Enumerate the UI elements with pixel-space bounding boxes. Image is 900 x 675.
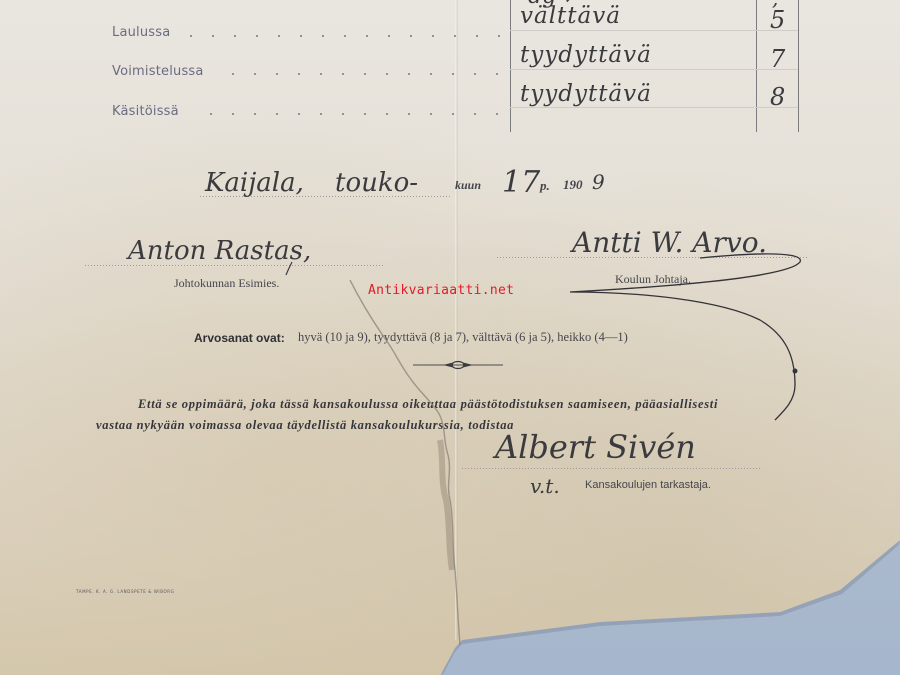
subject-label: Laulussa xyxy=(112,25,170,40)
month-handwritten: touko- xyxy=(335,168,418,198)
subject-label: Voimistelussa xyxy=(112,64,204,79)
grade-scale-text: hyvä (10 ja 9), tyydyttävä (8 ja 7), väl… xyxy=(298,330,628,345)
subject-label: Käsitöissä xyxy=(112,104,179,119)
leader-dots xyxy=(180,35,500,37)
table-row-rule xyxy=(510,30,798,31)
grade-number: 5 xyxy=(770,6,785,34)
chairman-signature: Anton Rastas, xyxy=(128,236,311,266)
year-handwritten: 9 xyxy=(592,170,605,194)
place-handwritten: Kaijala, xyxy=(205,168,304,198)
table-column-divider xyxy=(510,0,511,132)
headmaster-title: Koulun Johtaja. xyxy=(615,272,691,287)
table-row-rule xyxy=(510,107,798,108)
leader-dots xyxy=(200,113,500,115)
inspector-signature: Albert Sivén xyxy=(495,428,696,466)
p-label: p. xyxy=(540,178,550,194)
headmaster-signature: Antti W. Arvo. xyxy=(572,226,767,259)
ornament-divider-icon xyxy=(413,359,503,371)
grade-word: välttävä xyxy=(520,3,621,29)
kuun-label: kuun xyxy=(455,178,481,193)
grade-word: tyydyttävä xyxy=(520,81,652,107)
grade-scale-label: Arvosanat ovat: xyxy=(194,331,285,345)
statement-line-1: Että se oppimäärä, joka tässä kansakoulu… xyxy=(138,397,718,412)
chairman-title: Johtokunnan Esimies. xyxy=(174,276,279,291)
grade-number: 7 xyxy=(770,45,785,73)
table-column-divider xyxy=(756,0,757,132)
grade-word: tyydyttävä xyxy=(520,42,652,68)
watermark: Antikvariaatti.net xyxy=(368,283,514,298)
grade-number: 8 xyxy=(770,83,785,111)
inspector-title: Kansakoulujen tarkastaja. xyxy=(585,479,711,491)
table-row-rule xyxy=(510,69,798,70)
year-printed: 190 xyxy=(563,177,583,193)
signature-line xyxy=(85,265,385,266)
table-column-divider xyxy=(798,0,799,132)
statement-line-2: vastaa nykyään voimassa olevaa täydellis… xyxy=(96,418,514,433)
leader-dots xyxy=(222,73,502,75)
printer-mark: TAMPE. K. A. G. LANDSPETE & WIBORG xyxy=(76,589,174,594)
inspector-prefix: v.t. xyxy=(530,474,560,498)
grade-table: dg ↗ , Laulussa välttävä 5 Voimistelussa… xyxy=(0,0,900,140)
day-handwritten: 17 xyxy=(502,165,540,200)
signature-line xyxy=(497,257,807,258)
signature-line xyxy=(462,468,762,469)
